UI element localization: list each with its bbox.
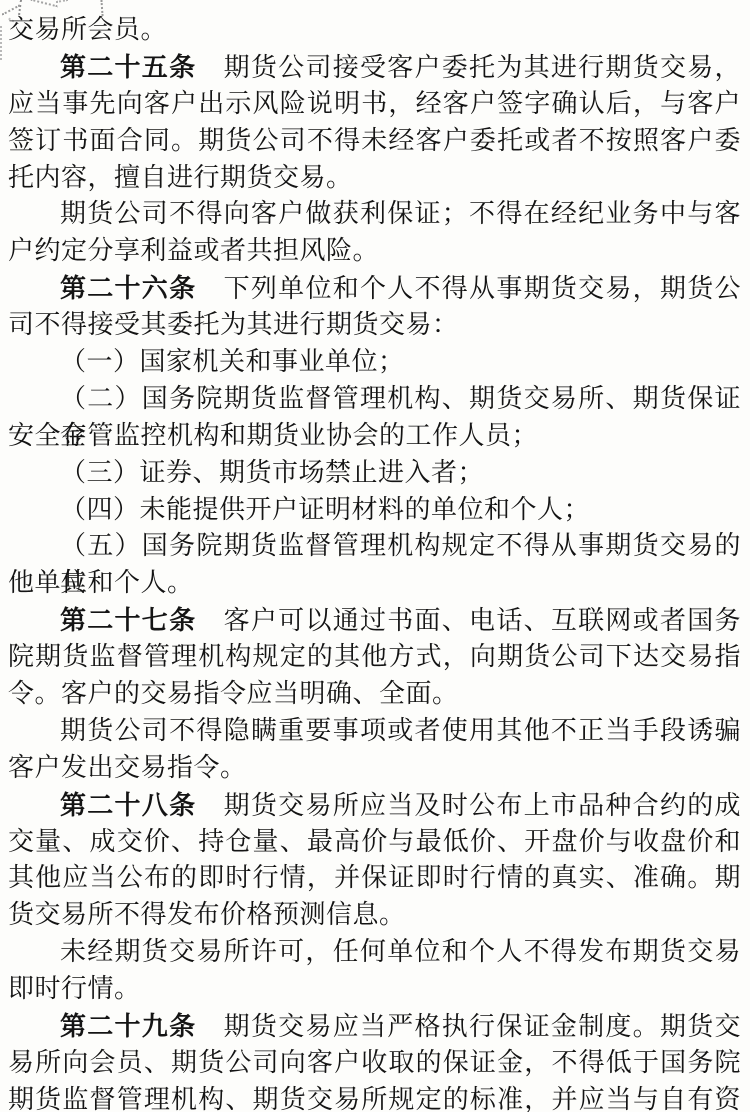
line-text: 交量、成交价、持仓量、最高价与最低价、开盘价与收盘价和 bbox=[8, 827, 741, 856]
text-line: 期货公司不得隐瞒重要事项或者使用其他不正当手段诱骗 bbox=[8, 713, 741, 750]
line-text: 签订书面合同。期货公司不得未经客户委托或者不按照客户委 bbox=[8, 126, 741, 155]
line-text: 客户可以通过书面、电话、互联网或者国务 bbox=[196, 606, 741, 635]
text-line: 院期货监督管理机构规定的其他方式，向期货公司下达交易指 bbox=[8, 639, 741, 676]
article-number: 第二十六条 bbox=[60, 273, 196, 303]
line-text: 他单位和个人。 bbox=[8, 568, 194, 597]
line-text: 户约定分享利益或者共担风险。 bbox=[8, 236, 379, 265]
text-line: 他单位和个人。 bbox=[8, 565, 741, 602]
line-text: 期货公司接受客户委托为其进行期货交易， bbox=[196, 53, 741, 82]
text-line: （四）未能提供开户证明材料的单位和个人； bbox=[8, 492, 741, 529]
line-text: 令。客户的交易指令应当明确、全面。 bbox=[8, 679, 459, 708]
text-line: 其他应当公布的即时行情，并保证即时行情的真实、准确。期 bbox=[8, 860, 741, 897]
article-number: 第二十九条 bbox=[60, 1011, 196, 1041]
text-line: （一）国家机关和事业单位； bbox=[8, 344, 741, 381]
text-line: 第二十五条 期货公司接受客户委托为其进行期货交易， bbox=[8, 49, 741, 86]
line-text: 托内容，擅自进行期货交易。 bbox=[8, 163, 353, 192]
line-text: 安全存管监控机构和期货业协会的工作人员； bbox=[8, 421, 538, 450]
text-line: 第二十八条 期货交易所应当及时公布上市品种合约的成 bbox=[8, 787, 741, 824]
line-text: 应当事先向客户出示风险说明书，经客户签字确认后，与客户 bbox=[8, 89, 741, 118]
line-text: 其他应当公布的即时行情，并保证即时行情的真实、准确。期 bbox=[8, 863, 741, 892]
line-text: 期货公司不得隐瞒重要事项或者使用其他不正当手段诱骗 bbox=[60, 716, 741, 745]
text-line: （五）国务院期货监督管理机构规定不得从事期货交易的其 bbox=[8, 528, 741, 565]
text-line: 第二十六条 下列单位和个人不得从事期货交易，期货公 bbox=[8, 270, 741, 307]
text-line: 交易所会员。 bbox=[8, 12, 741, 49]
text-line: 安全存管监控机构和期货业协会的工作人员； bbox=[8, 418, 741, 455]
text-line: 期货监督管理机构、期货交易所规定的标准，并应当与自有资 bbox=[8, 1082, 741, 1112]
article-number: 第二十八条 bbox=[60, 790, 196, 820]
line-text: 期货交易所应当及时公布上市品种合约的成 bbox=[196, 791, 741, 820]
text-line: 签订书面合同。期货公司不得未经客户委托或者不按照客户委 bbox=[8, 123, 741, 160]
line-text: 期货监督管理机构、期货交易所规定的标准，并应当与自有资 bbox=[8, 1085, 741, 1112]
text-line: （二）国务院期货监督管理机构、期货交易所、期货保证金 bbox=[8, 381, 741, 418]
text-line: 期货公司不得向客户做获利保证；不得在经纪业务中与客 bbox=[8, 196, 741, 233]
text-line: 第二十七条 客户可以通过书面、电话、互联网或者国务 bbox=[8, 602, 741, 639]
line-text: 下列单位和个人不得从事期货交易，期货公 bbox=[196, 274, 741, 303]
scan-speckle bbox=[30, 0, 58, 7]
line-text: 司不得接受其委托为其进行期货交易： bbox=[8, 310, 459, 339]
scanned-document-page: 交易所会员。第二十五条 期货公司接受客户委托为其进行期货交易，应当事先向客户出示… bbox=[0, 0, 750, 1112]
text-line: 第二十九条 期货交易应当严格执行保证金制度。期货交 bbox=[8, 1008, 741, 1045]
text-line: 易所向会员、期货公司向客户收取的保证金，不得低于国务院 bbox=[8, 1045, 741, 1082]
line-text: （一）国家机关和事业单位； bbox=[60, 347, 405, 376]
article-number: 第二十五条 bbox=[60, 52, 196, 82]
text-line: 未经期货交易所许可，任何单位和个人不得发布期货交易 bbox=[8, 934, 741, 971]
line-text: 易所向会员、期货公司向客户收取的保证金，不得低于国务院 bbox=[8, 1048, 741, 1077]
line-text: 期货公司不得向客户做获利保证；不得在经纪业务中与客 bbox=[60, 199, 741, 228]
document-text: 交易所会员。第二十五条 期货公司接受客户委托为其进行期货交易，应当事先向客户出示… bbox=[8, 12, 741, 1112]
line-text: 期货交易应当严格执行保证金制度。期货交 bbox=[196, 1012, 741, 1041]
scan-speckle bbox=[0, 26, 2, 60]
line-text: （四）未能提供开户证明材料的单位和个人； bbox=[60, 495, 590, 524]
text-line: 交量、成交价、持仓量、最高价与最低价、开盘价与收盘价和 bbox=[8, 824, 741, 861]
line-text: 即时行情。 bbox=[8, 974, 141, 1003]
line-text: 货交易所不得发布价格预测信息。 bbox=[8, 900, 406, 929]
article-number: 第二十七条 bbox=[60, 605, 196, 635]
line-text: 院期货监督管理机构规定的其他方式，向期货公司下达交易指 bbox=[8, 642, 741, 671]
scan-speckle bbox=[56, 0, 68, 3]
line-text: 交易所会员。 bbox=[8, 15, 167, 44]
line-text: 客户发出交易指令。 bbox=[8, 753, 247, 782]
line-text: 未经期货交易所许可，任何单位和个人不得发布期货交易 bbox=[60, 937, 741, 966]
text-line: 应当事先向客户出示风险说明书，经客户签字确认后，与客户 bbox=[8, 86, 741, 123]
line-text: （三）证券、期货市场禁止进入者； bbox=[60, 458, 484, 487]
